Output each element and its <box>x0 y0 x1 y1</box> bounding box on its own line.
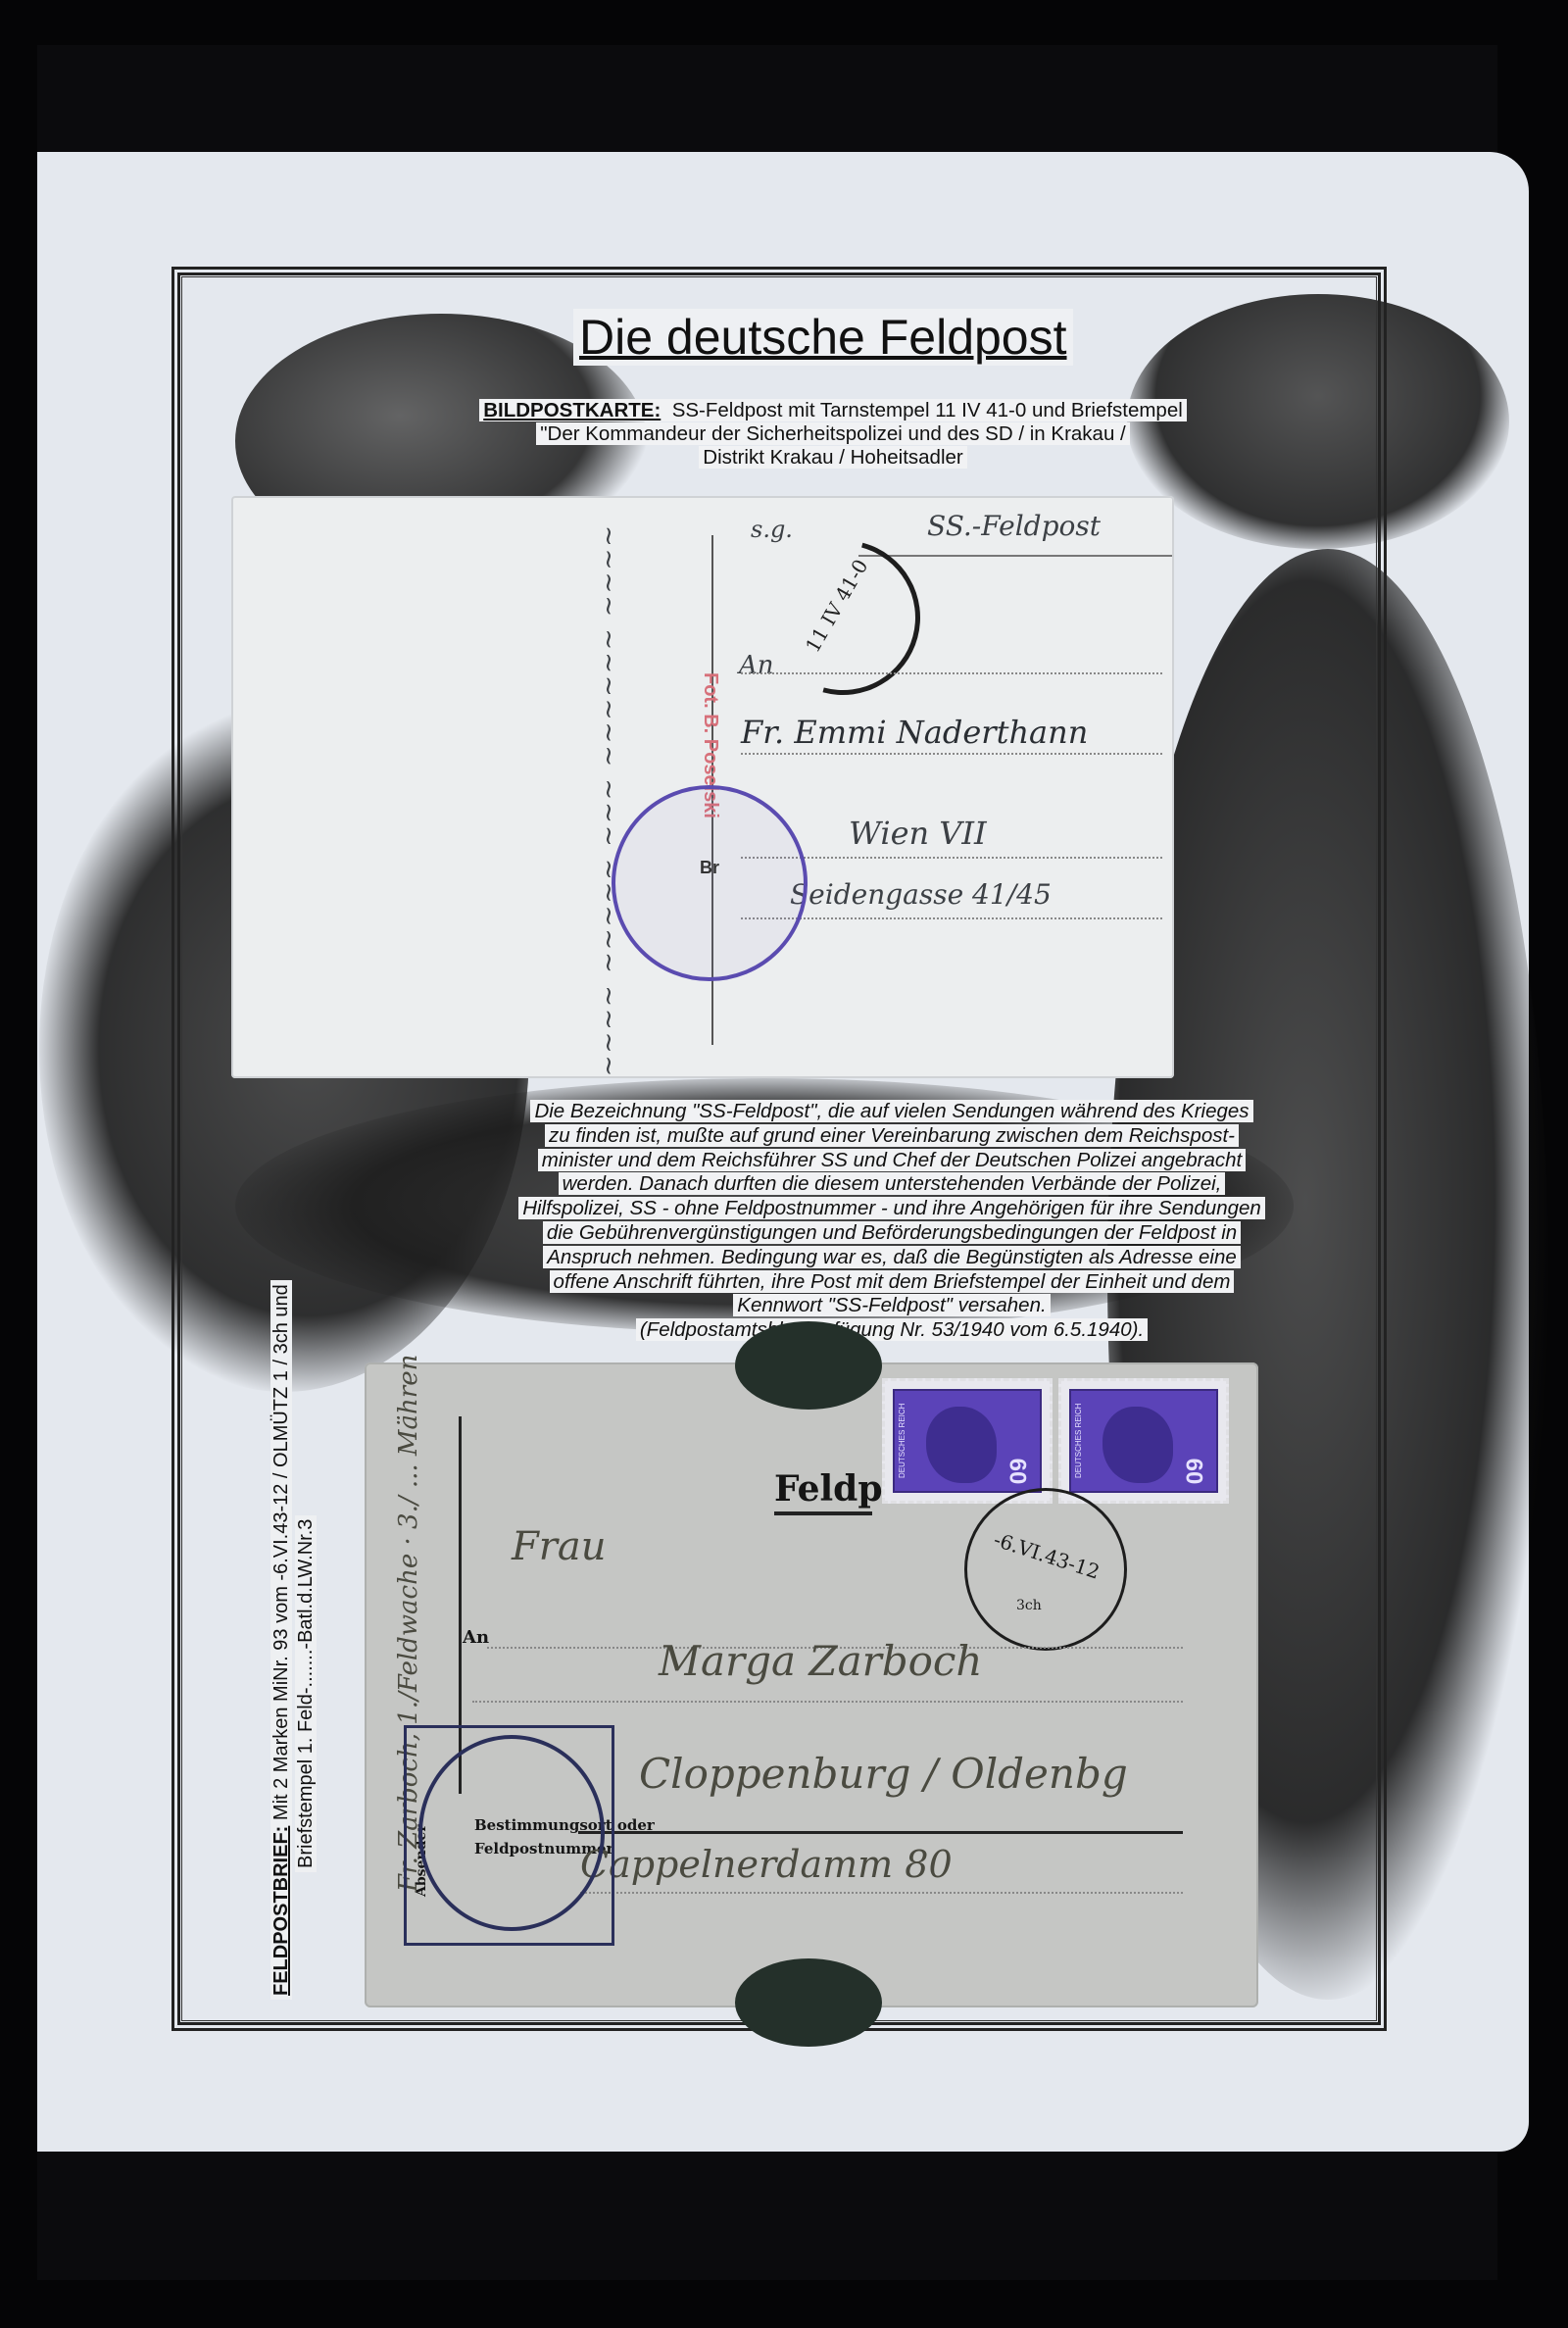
sender-handwriting: s.g. <box>751 516 793 543</box>
feldpostbrief-caption: FELDPOSTBRIEF: Mit 2 Marken MiNr. 93 vom… <box>269 1280 318 2000</box>
recipient-street: Seidengasse 41/45 <box>790 878 1052 911</box>
stamp-portrait <box>1102 1407 1173 1483</box>
header-line <box>858 555 1172 557</box>
salutation: Frau <box>512 1524 606 1569</box>
explanation-text: Die Bezeichnung "SS-Feldpost", die auf v… <box>495 1100 1289 1343</box>
postcard-bildpostkarte: ~~~~ ~~~~~~ ~~~ ~~~~~ ~~~~ s.g. SS.-Feld… <box>231 496 1174 1078</box>
address-line-2 <box>472 1701 1183 1703</box>
recipient-street: Cappelnerdamm 80 <box>580 1843 953 1886</box>
stamp-portrait <box>926 1407 997 1483</box>
to-prefix: An <box>739 651 774 680</box>
recipient-city: Wien VII <box>849 815 987 852</box>
to-prefix: An <box>463 1627 489 1648</box>
stamp-box <box>404 1725 614 1946</box>
stamp-2: DEUTSCHES REICH 60 <box>1058 1378 1229 1504</box>
recipient-city: Cloppenburg / Oldenbg <box>639 1750 1128 1798</box>
address-line-2 <box>741 753 1162 755</box>
recipient-name: Marga Zarboch <box>659 1637 982 1685</box>
header-underline <box>774 1511 872 1515</box>
feldpost-handwriting: SS.-Feldpost <box>927 510 1101 542</box>
feldpostbrief-card: Feldpost DEUTSCHES REICH 60 DEUTSCHES RE… <box>365 1362 1258 2007</box>
address-line-4 <box>741 917 1162 919</box>
punch-hole-top <box>735 1321 882 1410</box>
feldpostbrief-label: FELDPOSTBRIEF: <box>270 1826 292 1996</box>
handwritten-message: ~~~~ ~~~~~~ ~~~ ~~~~~ ~~~~ <box>251 516 643 1065</box>
postcard-label: BILDPOSTKARTE: <box>483 399 661 421</box>
punch-hole-bottom <box>735 1958 882 2047</box>
stamp-1: DEUTSCHES REICH 60 <box>882 1378 1053 1504</box>
page-title: Die deutsche Feldpost <box>573 309 1073 366</box>
unit-seal-circle: Br <box>612 785 808 981</box>
stamp-value: 60 <box>1180 1459 1207 1485</box>
address-line-1 <box>741 672 1162 674</box>
recipient-name: Fr. Emmi Naderthann <box>741 714 1088 751</box>
address-line-3 <box>578 1831 1183 1834</box>
olmuetz-postmark <box>964 1488 1127 1651</box>
stamp-value: 60 <box>1004 1459 1031 1485</box>
address-line-4 <box>580 1892 1183 1894</box>
postmark-code: 3ch <box>1016 1598 1042 1613</box>
postcard-caption: BILDPOSTKARTE: SS-Feldpost mit Tarnstemp… <box>441 399 1225 470</box>
seal-initials: Br <box>700 858 719 877</box>
